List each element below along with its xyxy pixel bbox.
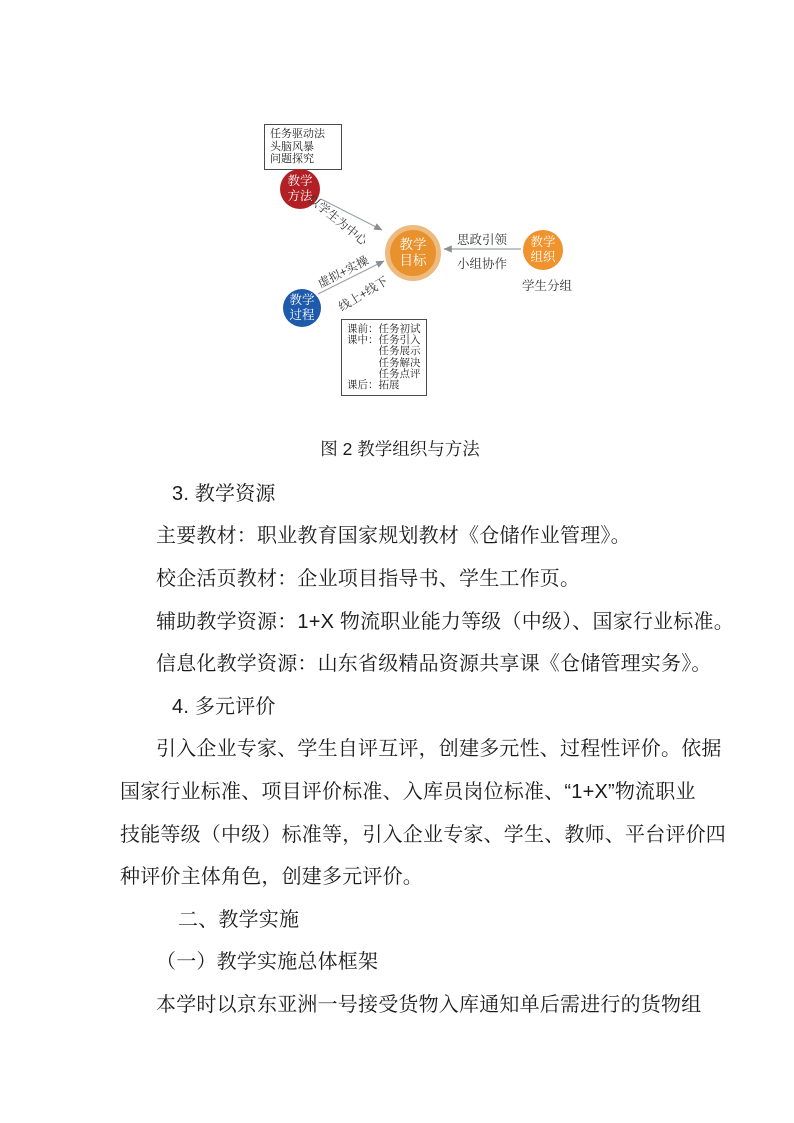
edge-label-group-cooperation: 小组协作 bbox=[457, 254, 517, 272]
paragraph-informatization: 信息化教学资源：山东省级精品资源共享课《仓储管理实务》。 bbox=[120, 640, 682, 683]
document-body: 3. 教学资源 主要教材：职业教育国家规划教材《仓储作业管理》。 校企活页教材：… bbox=[120, 470, 682, 1024]
heading-teaching-resources: 3. 教学资源 bbox=[120, 470, 682, 513]
paragraph-auxiliary: 辅助教学资源：1+X 物流职业能力等级（中级）、国家行业标准。 bbox=[120, 598, 682, 641]
lesson-process-box: 课前：任务初试 课中：任务引入 任务展示 任务解决 任务点评 课后：拓展 bbox=[341, 319, 427, 396]
teaching-methods-box: 任务驱动法 头脑风暴 问题探究 bbox=[264, 124, 342, 170]
paragraph-evaluation-line1: 引入企业专家、学生自评互评，创建多元性、过程性评价。依据 bbox=[120, 726, 682, 769]
node-teaching-goal: 教学 目标 bbox=[385, 225, 441, 281]
node-teaching-process: 教学 过程 bbox=[283, 289, 321, 327]
paragraph-loose-leaf: 校企活页教材：企业项目指导书、学生工作页。 bbox=[120, 555, 682, 598]
teaching-organization-diagram: 任务驱动法 头脑风暴 问题探究 教学 方法 教学 过程 教学 目标 教学 组织 … bbox=[0, 0, 794, 430]
heading-multi-evaluation: 4. 多元评价 bbox=[120, 683, 682, 726]
paragraph-main-textbook: 主要教材：职业教育国家规划教材《仓储作业管理》。 bbox=[120, 513, 682, 556]
figure-caption: 图 2 教学组织与方法 bbox=[120, 436, 680, 461]
label-student-grouping: 学生分组 bbox=[522, 276, 582, 294]
edge-label-ideological-guidance: 思政引领 bbox=[457, 230, 517, 248]
paragraph-evaluation-line2: 国家行业标准、项目评价标准、入库员岗位标准、“1+X”物流职业 bbox=[120, 768, 682, 811]
heading-overall-framework: （一）教学实施总体框架 bbox=[120, 939, 682, 982]
paragraph-jd-asia-line1: 本学时以京东亚洲一号接受货物入库通知单后需进行的货物组 bbox=[120, 981, 682, 1024]
paragraph-evaluation-line3: 技能等级（中级）标准等，引入企业专家、学生、教师、平台评价四 bbox=[120, 811, 682, 854]
document-page: 任务驱动法 头脑风暴 问题探究 教学 方法 教学 过程 教学 目标 教学 组织 … bbox=[0, 0, 794, 1123]
heading-teaching-implementation: 二、教学实施 bbox=[120, 896, 682, 939]
paragraph-evaluation-line4: 种评价主体角色，创建多元评价。 bbox=[120, 853, 682, 896]
node-teaching-organization: 教学 组织 bbox=[523, 230, 563, 270]
